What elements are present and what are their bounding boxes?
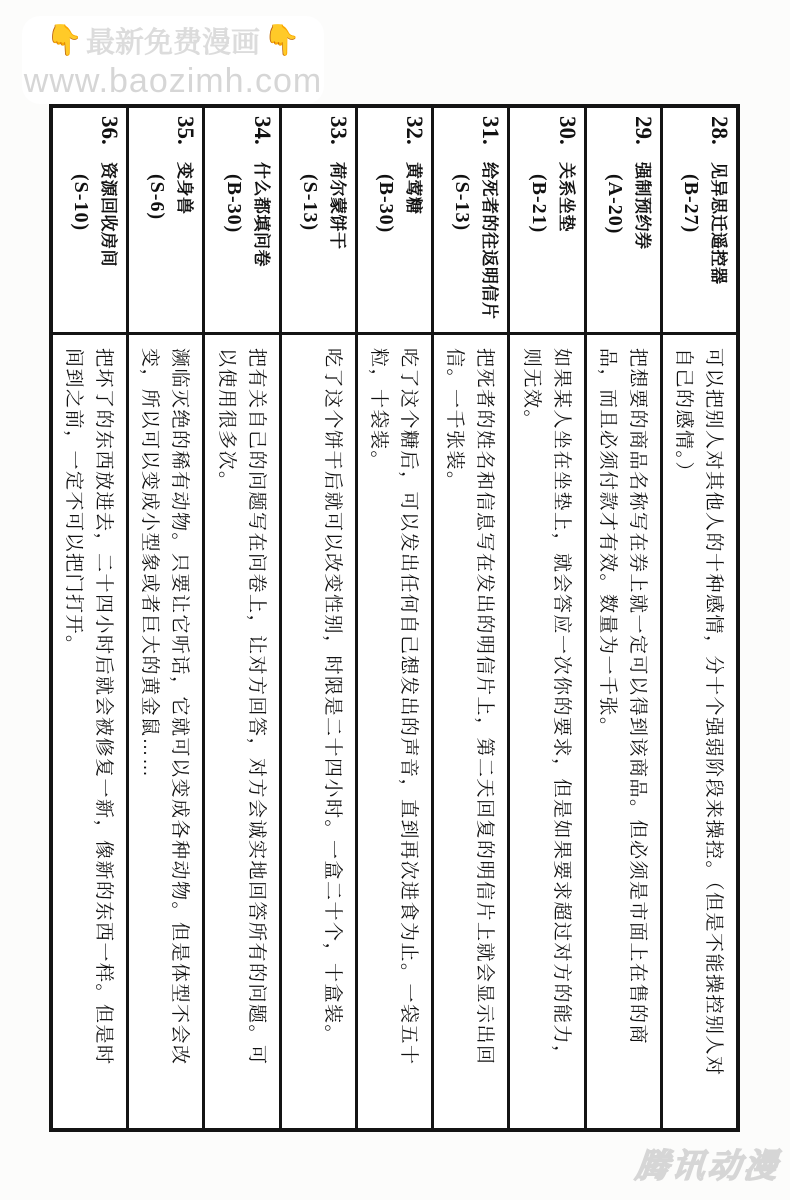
table-row: 34. 什么都填问卷 (B-30) 把有关自己的问题写在问卷上，让对方回答，对方… [202, 108, 278, 1128]
item-header-cell: 31. 给死者的往返明信片 (S-13) [434, 108, 507, 335]
item-number: 36. [97, 116, 121, 162]
watermark-title: 最新免费漫画 [86, 20, 260, 61]
item-header-cell: 32. 黄莺糖 (B-30) [358, 108, 431, 335]
item-number: 31. [478, 116, 502, 162]
item-code: (B-27) [679, 174, 703, 330]
item-title: 黄莺糖 [401, 162, 426, 215]
item-code: (S-10) [69, 174, 93, 330]
table-row: 36. 资源回收房间 (S-10) 把坏了的东西放进去，二十四小时后就会被修复一… [53, 108, 126, 1128]
item-number: 30. [555, 116, 579, 162]
tencent-comics-logo: 腾讯动漫 [634, 1140, 783, 1187]
item-description: 把死者的姓名和信息写在发出的明信片上，第二天回复的明信片上就会显示出回信。一千张… [434, 335, 507, 1128]
pointing-down-icon: 👇 [263, 23, 300, 58]
table-row: 31. 给死者的往返明信片 (S-13) 把死者的姓名和信息写在发出的明信片上，… [431, 108, 507, 1128]
item-number: 32. [402, 116, 426, 162]
item-header-cell: 36. 资源回收房间 (S-10) [53, 108, 126, 335]
item-number: 34. [250, 116, 274, 162]
item-header-cell: 30. 关系坐垫 (B-21) [510, 108, 583, 335]
table-row: 29. 强制预约券 (A-20) 把想要的商品名称写在券上就一定可以得到该商品。… [584, 108, 660, 1128]
item-title: 资源回收房间 [96, 162, 121, 267]
item-code: (A-20) [603, 174, 627, 330]
table-row: 35. 变身兽 (S-6) 濒临灭绝的稀有动物。只要让它听话，它就可以变成各种动… [126, 108, 202, 1128]
item-title: 给死者的往返明信片 [477, 162, 502, 320]
item-code: (S-13) [450, 174, 474, 330]
item-header-cell: 33. 荷尔蒙饼干 (S-13) [282, 108, 355, 335]
item-description: 吃了这个饼干后就可以改变性别，时限是二十四小时。一盒二十个，十盒装。 [282, 335, 355, 1128]
item-description: 吃了这个糖后，可以发出任何自己想发出的声音，直到再次进食为止。一袋五十粒，十袋装… [358, 335, 431, 1128]
watermark-title-line: 👇 最新免费漫画 👇 [46, 20, 301, 61]
item-code: (S-6) [145, 174, 169, 330]
manga-page: 28. 见异思迁遥控器 (B-27) 可以把别人对其他人的十种感情，分十个强弱阶… [49, 104, 740, 1132]
item-number: 28. [707, 116, 731, 162]
item-code: (B-30) [374, 174, 398, 330]
item-title: 强制预约券 [630, 162, 655, 250]
item-title: 关系坐垫 [554, 162, 579, 232]
item-title: 荷尔蒙饼干 [325, 162, 350, 250]
table-row: 32. 黄莺糖 (B-30) 吃了这个糖后，可以发出任何自己想发出的声音，直到再… [355, 108, 431, 1128]
item-code: (B-30) [222, 174, 246, 330]
item-title: 什么都填问卷 [249, 162, 274, 267]
item-description: 如果某人坐在坐垫上，就会答应一次你的要求，但是如果要求超过对方的能力，则无效。 [510, 335, 583, 1128]
items-table: 28. 见异思迁遥控器 (B-27) 可以把别人对其他人的十种感情，分十个强弱阶… [49, 104, 740, 1132]
item-description: 把想要的商品名称写在券上就一定可以得到该商品。但必须是市面上在售的商品，而且必须… [587, 335, 660, 1128]
item-header-cell: 34. 什么都填问卷 (B-30) [205, 108, 278, 335]
item-number: 33. [326, 116, 350, 162]
watermark-url: www.baozimh.com [24, 62, 322, 101]
item-code: (B-21) [527, 174, 551, 330]
item-title: 见异思迁遥控器 [706, 162, 731, 285]
table-row: 28. 见异思迁遥控器 (B-27) 可以把别人对其他人的十种感情，分十个强弱阶… [660, 108, 736, 1128]
table-row: 33. 荷尔蒙饼干 (S-13) 吃了这个饼干后就可以改变性别，时限是二十四小时… [279, 108, 355, 1128]
item-description: 把坏了的东西放进去，二十四小时后就会被修复一新，像新的东西一样。但是时间到之前，… [53, 335, 126, 1128]
item-header-cell: 28. 见异思迁遥控器 (B-27) [663, 108, 736, 335]
item-code: (S-13) [298, 174, 322, 330]
item-header-cell: 29. 强制预约券 (A-20) [587, 108, 660, 335]
pointing-down-icon: 👇 [46, 23, 83, 58]
item-number: 29. [631, 116, 655, 162]
table-row: 30. 关系坐垫 (B-21) 如果某人坐在坐垫上，就会答应一次你的要求，但是如… [507, 108, 583, 1128]
item-description: 可以把别人对其他人的十种感情，分十个强弱阶段来操控。（但是不能操控别人对自己的感… [663, 335, 736, 1128]
item-description: 濒临灭绝的稀有动物。只要让它听话，它就可以变成各种动物。但是体型不会改变，所以可… [129, 335, 202, 1128]
item-description: 把有关自己的问题写在问卷上，让对方回答，对方会诚实地回答所有的问题。可以使用很多… [205, 335, 278, 1128]
item-header-cell: 35. 变身兽 (S-6) [129, 108, 202, 335]
item-title: 变身兽 [172, 162, 197, 215]
item-number: 35. [173, 116, 197, 162]
site-watermark: 👇 最新免费漫画 👇 www.baozimh.com [22, 16, 324, 104]
